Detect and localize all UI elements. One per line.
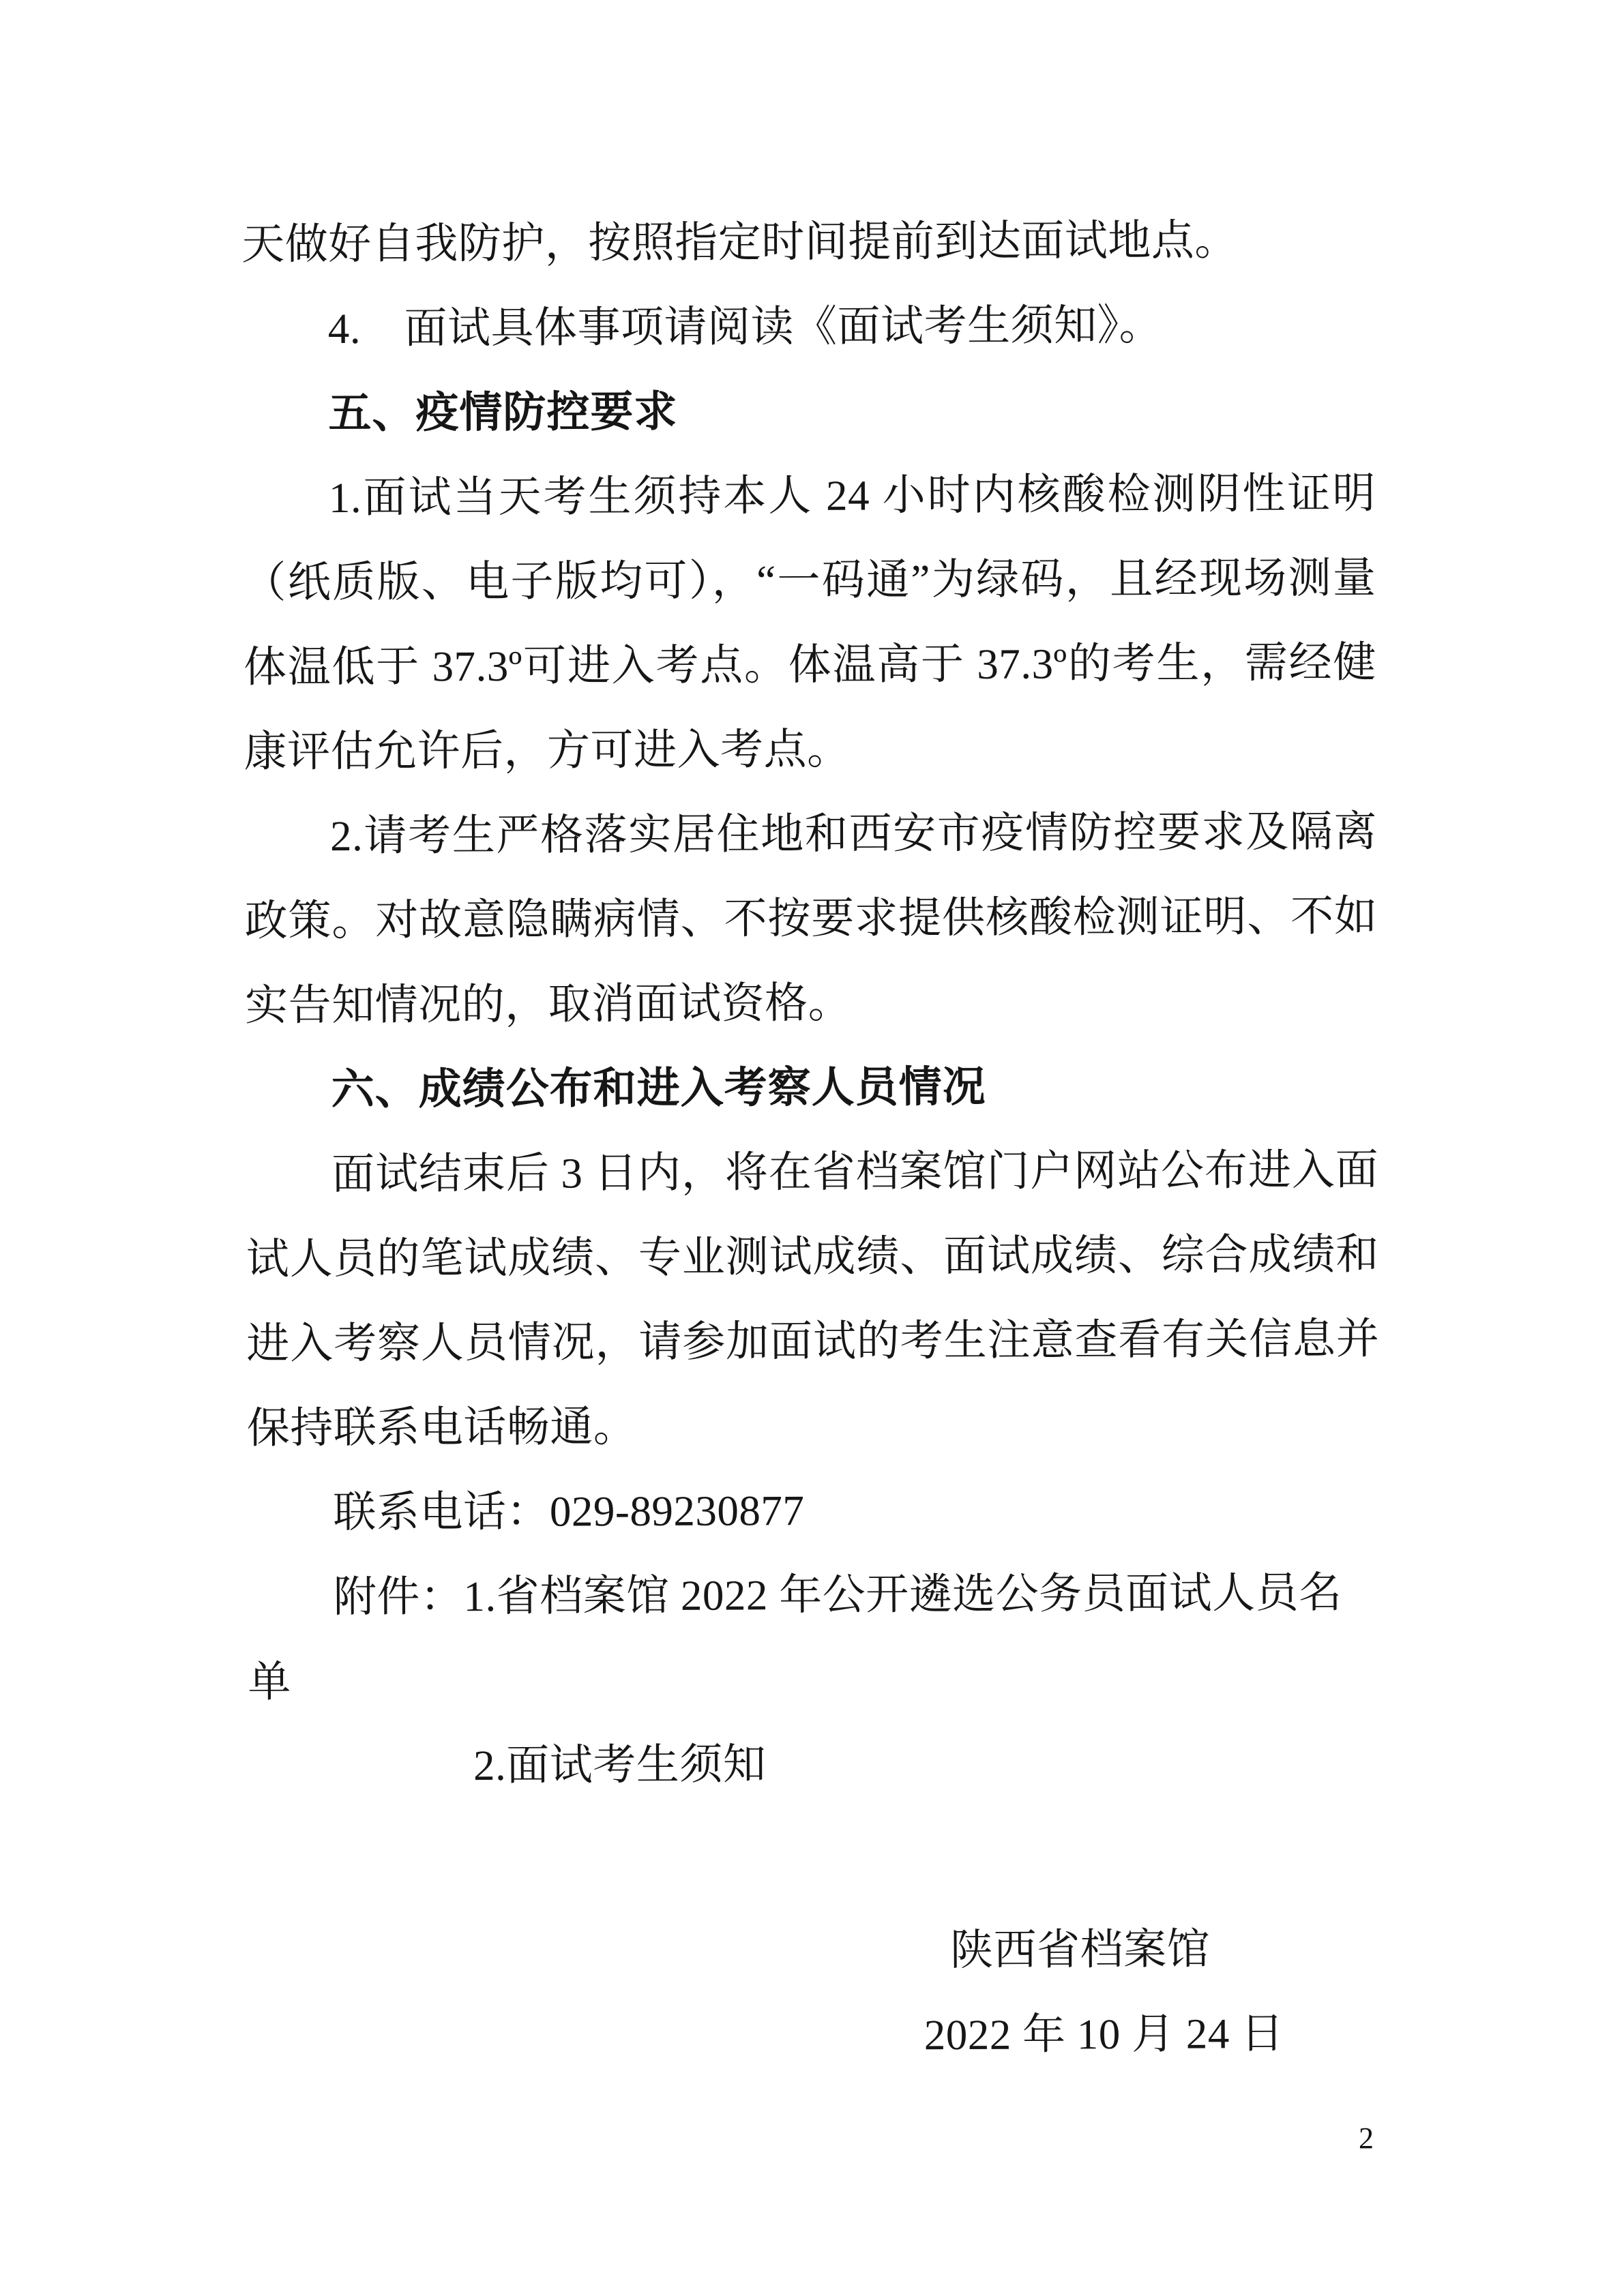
body-text-line: 面试结束后 3 日内，将在省档案馆门户网站公布进入面 [246,1127,1379,1217]
body-text-line: （纸质版、电子版均可），“一码通”为绿码，且经现场测量 [243,535,1376,625]
page-number: 2 [1359,2122,1374,2155]
body-text-line: 康评估允许后，方可进入考点。 [243,704,1377,794]
attachment-line-1: 附件：1.省档案馆 2022 年公开遴选公务员面试人员名单 [248,1550,1381,1724]
body-text-line: 天做好自我防护，按照指定时间提前到达面试地点。 [241,197,1375,286]
attachment-line-2: 2.面试考生须知 [473,1719,1382,1808]
signature-date: 2022 年 10 月 24 日 [924,1991,1383,2077]
body-text-line: 体温低于 37.3º可进入考点。体温高于 37.3º的考生，需经健 [243,620,1377,709]
body-text-line: 保持联系电话畅通。 [247,1381,1381,1470]
blank-line-spacer [248,1804,1382,1911]
list-item-2: 2.请考生严格落实居住地和西安市疫情防控要求及隔离 [244,789,1378,878]
contact-phone-line: 联系电话：029-89230877 [247,1465,1381,1555]
body-text-line: 进入考察人员情况，请参加面试的考生注意查看有关信息并 [246,1296,1380,1386]
signature-organization: 陕西省档案馆 [950,1906,1383,1993]
body-text-line: 实告知情况的，取消面试资格。 [245,958,1378,1047]
document-page: 天做好自我防护，按照指定时间提前到达面试地点。 4. 面试具体事项请阅读《面试考… [0,0,1624,2296]
body-text-line: 政策。对故意隐瞒病情、不按要求提供核酸检测证明、不如 [244,874,1378,963]
list-item-1: 1.面试当天考生须持本人 24 小时内核酸检测阴性证明 [243,451,1376,540]
list-item-4: 4. 面试具体事项请阅读《面试考生须知》。 [242,282,1376,371]
section-heading-6: 六、成绩公布和进入考察人员情况 [245,1043,1378,1132]
document-body: 天做好自我防护，按照指定时间提前到达面试地点。 4. 面试具体事项请阅读《面试考… [241,197,1383,2080]
section-heading-5: 五、疫情防控要求 [242,366,1376,456]
body-text-line: 试人员的笔试成绩、专业测试成绩、面试成绩、综合成绩和 [246,1212,1379,1301]
